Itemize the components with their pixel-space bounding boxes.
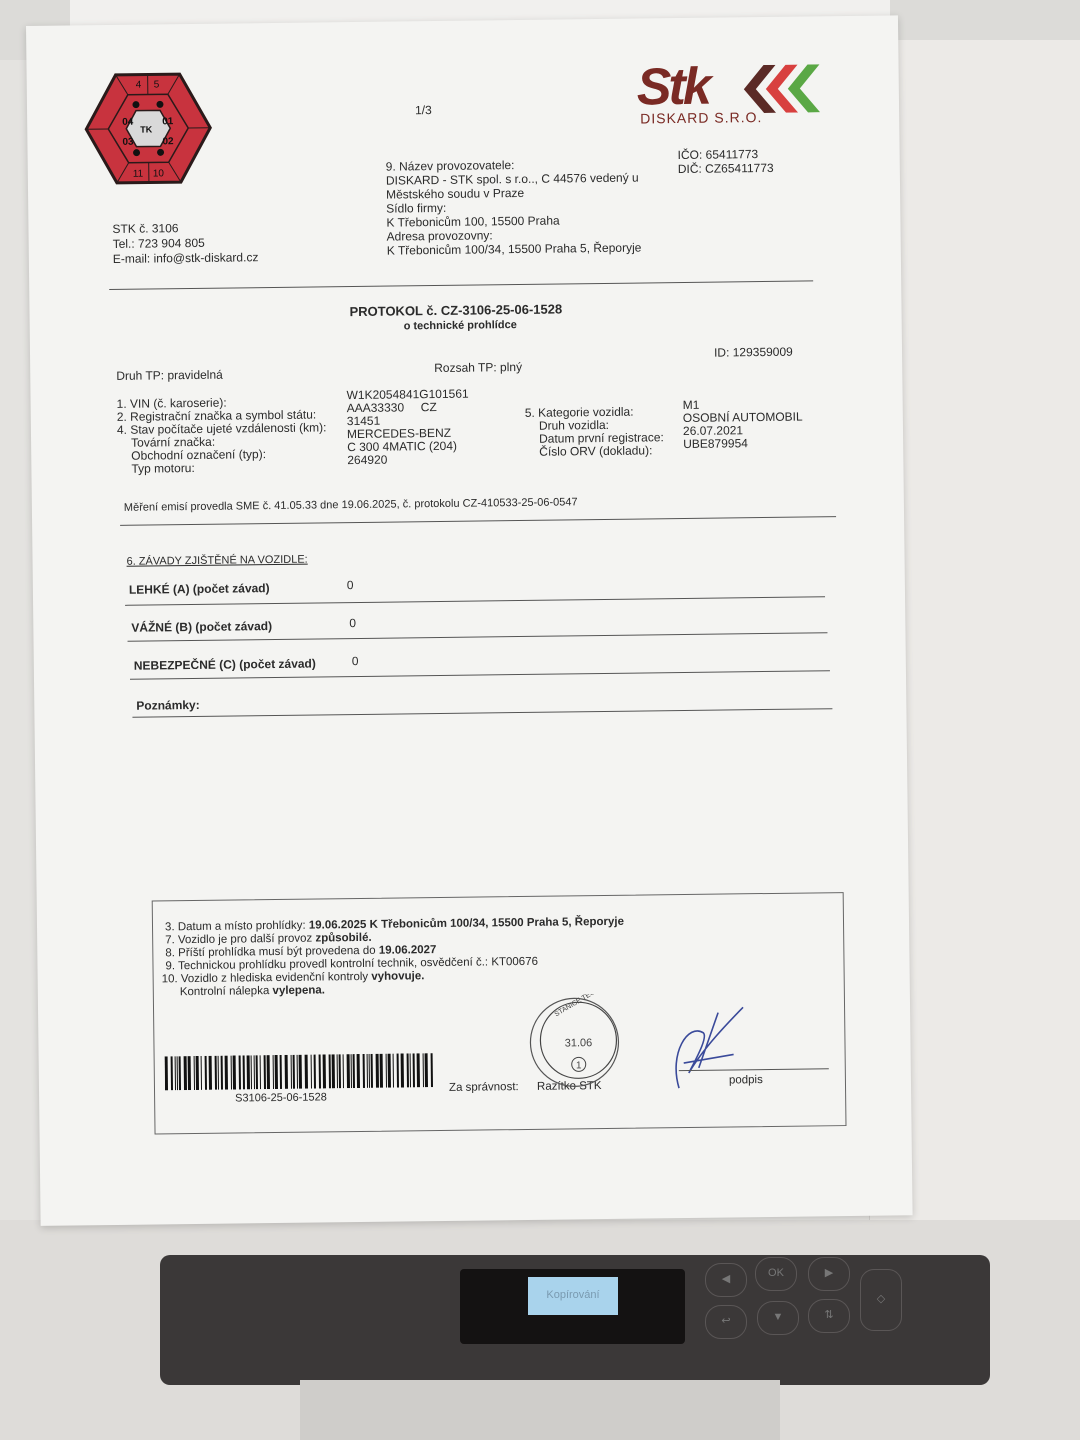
summary-line-sticker: Kontrolní nálepka vylepena. [180, 983, 325, 1000]
dangerous-defects-count: 0 [352, 654, 359, 669]
svg-text:01: 01 [162, 116, 174, 127]
down-arrow-button[interactable]: ▼ [757, 1301, 799, 1335]
divider [109, 280, 813, 290]
printer-control-panel: Kopírování ◀ OK ▶ ↩ ▼ ⇅ ◇ [160, 1255, 990, 1385]
divider [132, 708, 832, 718]
svg-text:02: 02 [162, 136, 174, 147]
svg-text:03: 03 [122, 137, 134, 148]
lcd-frame: Kopírování [460, 1269, 685, 1344]
page-number: 1/3 [415, 103, 432, 118]
notes-label: Poznámky: [136, 698, 200, 714]
signature-label: podpis [729, 1073, 763, 1088]
premises-address: K Třebonicům 100/34, 15500 Praha 5, Řepo… [387, 240, 642, 258]
svg-text:4: 4 [136, 80, 142, 91]
orv-value: UBE879954 [683, 436, 748, 452]
protocol-id: ID: 129359009 [714, 345, 793, 361]
station-phone: Tel.: 723 904 805 [113, 236, 205, 252]
serious-defects-count: 0 [349, 616, 356, 631]
emissions-note: Měření emisí provedla SME č. 41.05.33 dn… [124, 495, 578, 516]
inspection-protocol-sheet: 4 5 TK 04 01 03 02 11 10 1/3 Stk DISKARD… [26, 15, 913, 1226]
right-arrow-button[interactable]: ▶ [808, 1257, 850, 1291]
left-arrow-button[interactable]: ◀ [705, 1263, 747, 1297]
stk-stamp-icon: 31.06 1 STANICE TECHNICKÉ KONTROLY [526, 994, 623, 1091]
stk-diskard-logo: Stk DISKARD S.R.O. [636, 56, 837, 128]
svg-text:31.06: 31.06 [565, 1037, 593, 1049]
svg-text:11: 11 [133, 169, 144, 180]
light-defects-count: 0 [347, 578, 354, 593]
station-number: STK č. 3106 [112, 221, 178, 237]
protocol-subtitle: o technické prohlídce [404, 318, 517, 334]
light-defects-label: LEHKÉ (A) (počet závad) [129, 581, 270, 598]
serious-defects-label: VÁŽNÉ (B) (počet závad) [131, 619, 272, 636]
divider [125, 596, 825, 606]
svg-text:10: 10 [153, 168, 165, 179]
toggle-button[interactable]: ⇅ [808, 1299, 850, 1333]
orv-label: Číslo ORV (dokladu): [539, 443, 652, 459]
chevrons-icon [742, 64, 833, 113]
svg-text:5: 5 [154, 79, 160, 90]
station-email: E-mail: info@stk-diskard.cz [113, 250, 259, 267]
ok-button[interactable]: OK [755, 1257, 797, 1291]
dic-number: DIČ: CZ65411773 [678, 161, 774, 177]
correctness-label: Za správnost: [449, 1080, 519, 1096]
barcode-icon [165, 1053, 435, 1090]
divider [120, 516, 836, 526]
protocol-title: PROTOKOL č. CZ-3106-25-06-1528 [349, 301, 562, 319]
operator-name-2: Městského soudu v Praze [386, 186, 524, 203]
back-button[interactable]: ↩ [705, 1305, 747, 1339]
start-button[interactable]: ◇ [860, 1269, 902, 1331]
paper-output-tray [300, 1380, 780, 1440]
stk-wordmark: Stk [636, 58, 709, 117]
inspection-type: Druh TP: pravidelná [116, 368, 223, 384]
svg-text:1: 1 [576, 1060, 582, 1071]
svg-text:04: 04 [122, 117, 134, 128]
inspection-scope: Rozsah TP: plný [434, 360, 522, 376]
engine-type-value: 264920 [347, 453, 387, 468]
stk-subtitle: DISKARD S.R.O. [640, 109, 762, 126]
barcode-text: S3106-25-06-1528 [235, 1090, 327, 1106]
svg-text:TK: TK [140, 124, 153, 134]
inspection-hexagon-badge-icon: 4 5 TK 04 01 03 02 11 10 [84, 72, 213, 186]
defects-heading: 6. ZÁVADY ZJIŠTĚNÉ NA VOZIDLE: [126, 553, 307, 570]
lcd-display: Kopírování [528, 1277, 618, 1315]
svg-text:STANICE TECHNICKÉ KONTROLY: STANICE TECHNICKÉ KONTROLY [553, 994, 623, 1019]
dangerous-defects-label: NEBEZPEČNÉ (C) (počet závad) [134, 657, 316, 674]
engine-type-label: Typ motoru: [131, 461, 195, 477]
